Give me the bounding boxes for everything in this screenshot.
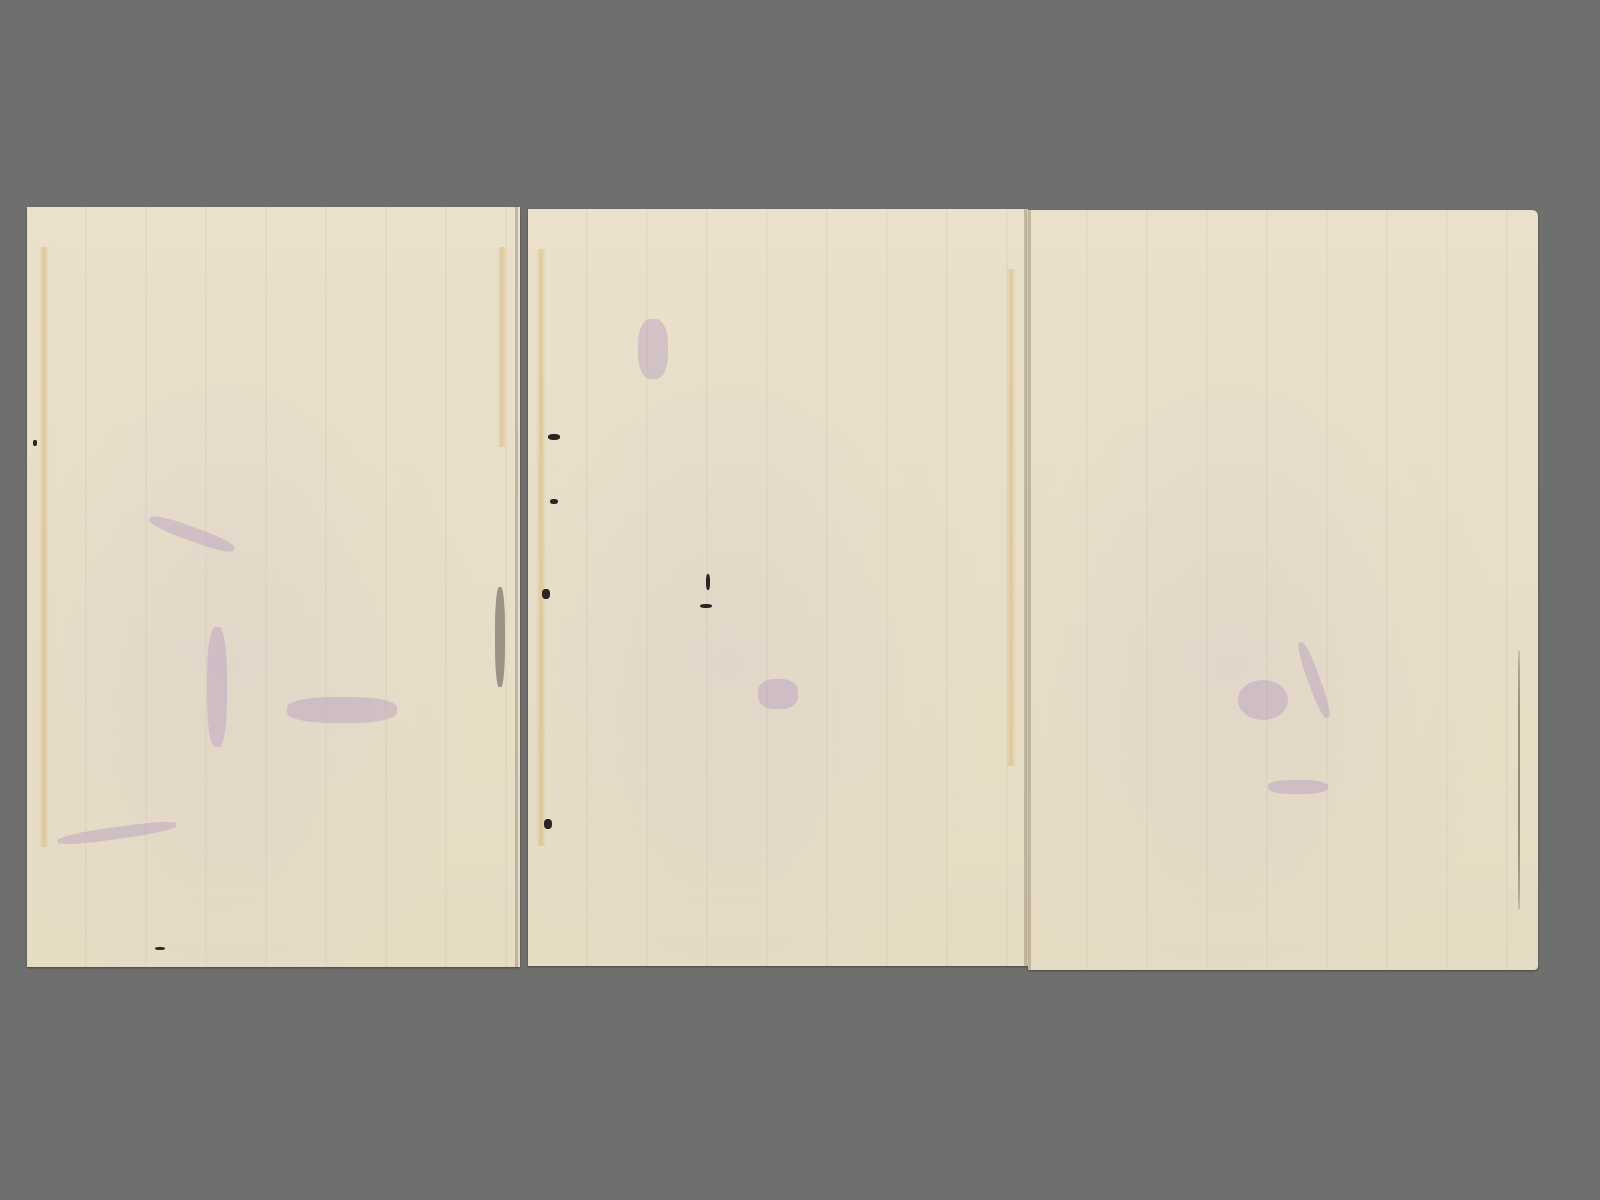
edge-stain xyxy=(39,247,49,847)
show-through-mark xyxy=(1238,680,1288,720)
show-through-mark xyxy=(1295,640,1334,719)
ink-spot xyxy=(550,499,558,504)
ink-spot xyxy=(706,574,710,590)
print-panel-center xyxy=(528,209,1028,966)
show-through-mark xyxy=(57,819,178,848)
fold-line xyxy=(515,207,518,967)
ink-spot xyxy=(155,947,165,950)
fold-line xyxy=(1028,210,1031,970)
edge-stain xyxy=(1006,269,1016,766)
show-through-mark xyxy=(287,697,397,723)
ink-spot xyxy=(544,819,552,829)
show-through-mark xyxy=(1268,780,1328,794)
show-through-mark xyxy=(207,627,227,747)
show-through-mark xyxy=(147,512,236,556)
print-panel-left xyxy=(27,207,520,967)
print-panel-right xyxy=(1028,210,1538,970)
ink-spot xyxy=(700,604,712,608)
ink-spot xyxy=(542,589,550,599)
fold-line xyxy=(1024,209,1027,966)
ink-spot xyxy=(33,440,37,446)
ink-spot xyxy=(1518,650,1520,910)
ink-spot xyxy=(495,587,505,687)
show-through-mark xyxy=(638,319,668,379)
edge-stain xyxy=(536,249,546,846)
edge-stain xyxy=(497,247,507,447)
ink-spot xyxy=(548,434,560,440)
show-through-mark xyxy=(758,679,798,709)
